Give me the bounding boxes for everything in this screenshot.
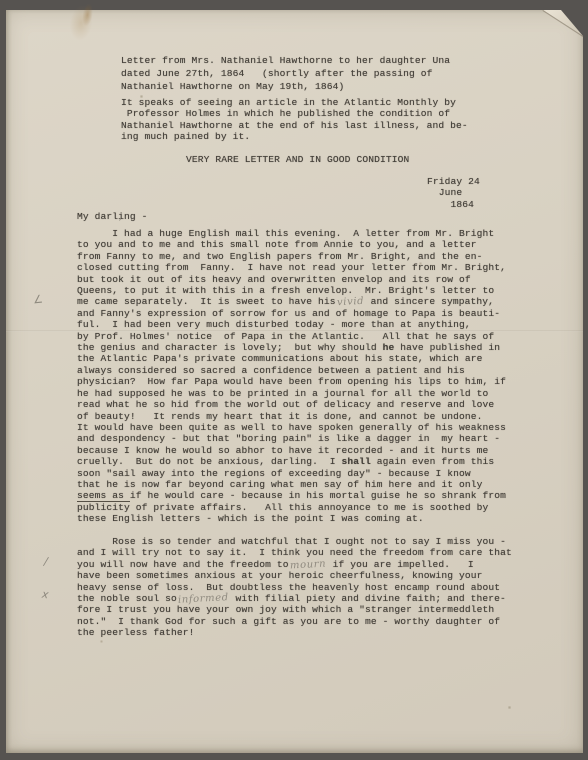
typed-line: from Fanny to me, and two English papers… xyxy=(77,251,506,262)
typed-text: Rose is so tender and watchful that I ou… xyxy=(77,536,506,547)
typed-text: and sincere sympathy, xyxy=(365,296,494,307)
typed-text: have been sometimes anxious at your hero… xyxy=(77,570,483,581)
typed-text: of beauty! It rends my heart that it is … xyxy=(77,411,483,422)
typed-text: heavy sense of loss. But doubtless the h… xyxy=(77,582,500,593)
condition-note: VERY RARE LETTER AND IN GOOD CONDITION xyxy=(186,154,409,165)
typed-text: me came separately. It is sweet to have … xyxy=(77,296,336,307)
typed-line: the noble soul soinformed with filial pi… xyxy=(77,593,512,604)
dealer-note-intro: Letter from Mrs. Nathaniel Hawthorne to … xyxy=(121,54,450,93)
typed-text: Nathaniel Hawthorne at the end of his la… xyxy=(121,120,468,131)
typed-line: have been sometimes anxious at your hero… xyxy=(77,570,512,581)
typed-text: physician? How far Papa would have been … xyxy=(77,376,506,387)
dealer-note-summary: It speaks of seeing an article in the At… xyxy=(121,97,468,143)
typed-line: Professor Holmes in which he published t… xyxy=(121,108,468,119)
typed-text: seems as if he would care - because in h… xyxy=(77,490,506,501)
typed-line: that he is now far beyond caring what me… xyxy=(77,479,506,490)
typed-text: from Fanny to me, and two English papers… xyxy=(77,251,483,262)
typed-text: read what he so hid from the world out o… xyxy=(77,399,494,410)
salutation: My darling - xyxy=(77,211,148,222)
typed-line: Queens, to put it with this in a fresh e… xyxy=(77,285,506,296)
scan-background: Letter from Mrs. Nathaniel Hawthorne to … xyxy=(0,0,588,760)
typed-text: because I know he would so abhor to have… xyxy=(77,445,488,456)
typed-line: seems as if he would care - because in h… xyxy=(77,490,506,501)
typed-line: Nathaniel Hawthorne on May 19th, 1864) xyxy=(121,80,450,93)
typed-line: the Atlantic Papa's private communicatio… xyxy=(77,353,506,364)
typed-line: he had supposed he was to be printed in … xyxy=(77,388,506,399)
typed-text: the genius and character is lovely; but … xyxy=(77,342,383,353)
typed-text: It speaks of seeing an article in the At… xyxy=(121,97,456,108)
typed-line: by Prof. Holmes' notice of Papa in the A… xyxy=(77,331,506,342)
handwritten-word: vivid xyxy=(336,296,364,309)
typed-line: heavy sense of loss. But doubtless the h… xyxy=(77,582,512,593)
typed-text: he xyxy=(383,342,395,353)
typed-text: but took it out of its heavy and overwri… xyxy=(77,274,471,285)
typed-text: Nathaniel Hawthorne on May 19th, 1864) xyxy=(121,81,344,92)
typed-text: not." I thank God for such a gift as you… xyxy=(77,616,500,627)
typed-line: me came separately. It is sweet to have … xyxy=(77,296,506,307)
typed-text: soon "sail away into the regions of exce… xyxy=(77,468,471,479)
pencil-x-mark: x xyxy=(41,589,49,601)
handwritten-word: mourn xyxy=(289,558,326,571)
typed-text: of private affairs. All this annoyance t… xyxy=(130,502,489,513)
typed-line: It would have been quite as well to have… xyxy=(77,422,506,433)
typed-text: shall xyxy=(341,456,370,467)
typed-text: that he is now far beyond caring what me… xyxy=(77,479,483,490)
typed-line: physician? How far Papa would have been … xyxy=(77,376,506,387)
typed-line: soon "sail away into the regions of exce… xyxy=(77,468,506,479)
typed-text: by Prof. Holmes' notice of Papa in the A… xyxy=(77,331,494,342)
typed-text: you will now have and the freedom to xyxy=(77,559,289,570)
typed-text: Queens, to put it with this in a fresh e… xyxy=(77,285,494,296)
typed-text: to you and to me and this small note fro… xyxy=(77,239,477,250)
typed-line: I had a huge English mail this evening. … xyxy=(77,228,506,239)
typed-text: again even from this xyxy=(371,456,494,467)
pencil-apostrophe-mark: ’ xyxy=(118,219,121,228)
typed-line: 1864 xyxy=(427,199,480,210)
typed-text: cruelly. But do not be anxious, darling.… xyxy=(77,456,341,467)
typed-text: June xyxy=(427,187,462,198)
typed-text: if you are impelled. I xyxy=(327,559,474,570)
typed-line: of beauty! It rends my heart that it is … xyxy=(77,411,506,422)
typed-line: June xyxy=(427,187,480,198)
typed-line: these English letters - which is the poi… xyxy=(77,513,506,524)
typed-line: publicity of private affairs. All this a… xyxy=(77,502,506,513)
letter-paragraph-1: I had a huge English mail this evening. … xyxy=(77,228,506,525)
pencil-slash-mark: ∕ xyxy=(44,556,48,567)
typed-text: and despondency - but that "boring pain"… xyxy=(77,433,500,444)
typed-text: have published in xyxy=(394,342,500,353)
typed-text: Friday 24 xyxy=(427,176,480,187)
typed-text: the Atlantic Papa's private communicatio… xyxy=(77,353,483,364)
typed-text: I had a huge English mail this evening. … xyxy=(77,228,494,239)
typed-line: Nathaniel Hawthorne at the end of his la… xyxy=(121,120,468,131)
typed-text: with filial piety and divine faith; and … xyxy=(230,593,506,604)
typed-text: closed cutting from Fanny. I have not re… xyxy=(77,262,506,273)
typed-line: cruelly. But do not be anxious, darling.… xyxy=(77,456,506,467)
typed-text: ing much pained by it. xyxy=(121,131,250,142)
typed-text: It would have been quite as well to have… xyxy=(77,422,506,433)
paper-stain xyxy=(56,0,106,55)
typed-line: fore I trust you have your own joy with … xyxy=(77,604,512,615)
typed-line: Friday 24 xyxy=(427,176,480,187)
typed-line: because I know he would so abhor to have… xyxy=(77,445,506,456)
typed-line: closed cutting from Fanny. I have not re… xyxy=(77,262,506,273)
typed-line: Rose is so tender and watchful that I ou… xyxy=(77,536,512,547)
typed-text: Professor Holmes in which he published t… xyxy=(121,108,450,119)
typed-text: always considered so sacred a confidence… xyxy=(77,365,465,376)
typed-text: fore I trust you have your own joy with … xyxy=(77,604,494,615)
typed-line: you will now have and the freedom tomour… xyxy=(77,559,512,570)
typed-line: the genius and character is lovely; but … xyxy=(77,342,506,353)
typed-text: dated June 27th, 1864 (shortly after the… xyxy=(121,68,433,79)
letter-paragraph-2: Rose is so tender and watchful that I ou… xyxy=(77,536,512,639)
typed-text: publicity xyxy=(77,501,130,513)
typed-line: to you and to me and this small note fro… xyxy=(77,239,506,250)
typed-line: ful. I had been very much disturbed toda… xyxy=(77,319,506,330)
date-block: Friday 24 June 1864 xyxy=(427,176,480,210)
typed-text: ful. I had been very much disturbed toda… xyxy=(77,319,471,330)
typed-line: the peerless father! xyxy=(77,627,512,638)
typed-line: and Fanny's expression of sorrow for us … xyxy=(77,308,506,319)
typed-line: not." I thank God for such a gift as you… xyxy=(77,616,512,627)
typed-text: these English letters - which is the poi… xyxy=(77,513,424,524)
pencil-check-mark: ∠ xyxy=(32,294,43,306)
typed-line: always considered so sacred a confidence… xyxy=(77,365,506,376)
typed-line: read what he so hid from the world out o… xyxy=(77,399,506,410)
typed-text: and Fanny's expression of sorrow for us … xyxy=(77,308,500,319)
paper-specks xyxy=(0,0,1,1)
typed-text: and I will try not to say it. I think yo… xyxy=(77,547,512,558)
typed-line: ing much pained by it. xyxy=(121,131,468,142)
typed-line: dated June 27th, 1864 (shortly after the… xyxy=(121,67,450,80)
typed-line: but took it out of its heavy and overwri… xyxy=(77,274,506,285)
typed-line: and despondency - but that "boring pain"… xyxy=(77,433,506,444)
typed-line: Letter from Mrs. Nathaniel Hawthorne to … xyxy=(121,54,450,67)
typed-text: 1864 xyxy=(427,199,474,210)
typed-text: Letter from Mrs. Nathaniel Hawthorne to … xyxy=(121,55,450,66)
typed-line: It speaks of seeing an article in the At… xyxy=(121,97,468,108)
typed-text: he had supposed he was to be printed in … xyxy=(77,388,488,399)
typed-text: the peerless father! xyxy=(77,627,195,638)
typed-line: and I will try not to say it. I think yo… xyxy=(77,547,512,558)
typed-text: the noble soul so xyxy=(77,593,177,604)
